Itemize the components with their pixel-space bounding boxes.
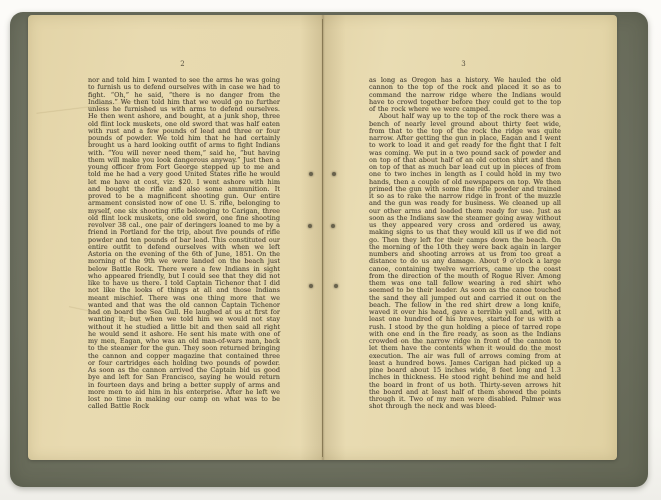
left-page-paragraph: nor and told him I wanted to see the arm… xyxy=(88,77,280,411)
left-page: 2 nor and told him I wanted to see the a… xyxy=(28,15,322,460)
staple-mark xyxy=(331,224,335,228)
staple-mark xyxy=(332,172,336,176)
page-spread: 2 nor and told him I wanted to see the a… xyxy=(28,15,617,460)
staple-mark xyxy=(309,172,313,176)
center-fold xyxy=(322,19,323,457)
right-page: 3 as long as Oregon has a history. We ha… xyxy=(323,15,617,460)
left-page-number: 2 xyxy=(88,60,278,68)
right-page-text: as long as Oregon has a history. We haul… xyxy=(369,77,561,411)
staple-mark xyxy=(334,284,338,288)
right-page-paragraph-1: as long as Oregon has a history. We haul… xyxy=(369,77,561,113)
staple-mark xyxy=(309,284,313,288)
left-page-text: nor and told him I wanted to see the arm… xyxy=(88,77,280,411)
right-page-number: 3 xyxy=(369,60,559,68)
scanned-document: 2 nor and told him I wanted to see the a… xyxy=(0,0,661,500)
right-page-paragraph-2: About half way up to the top of the rock… xyxy=(369,113,561,410)
staple-mark xyxy=(308,224,312,228)
